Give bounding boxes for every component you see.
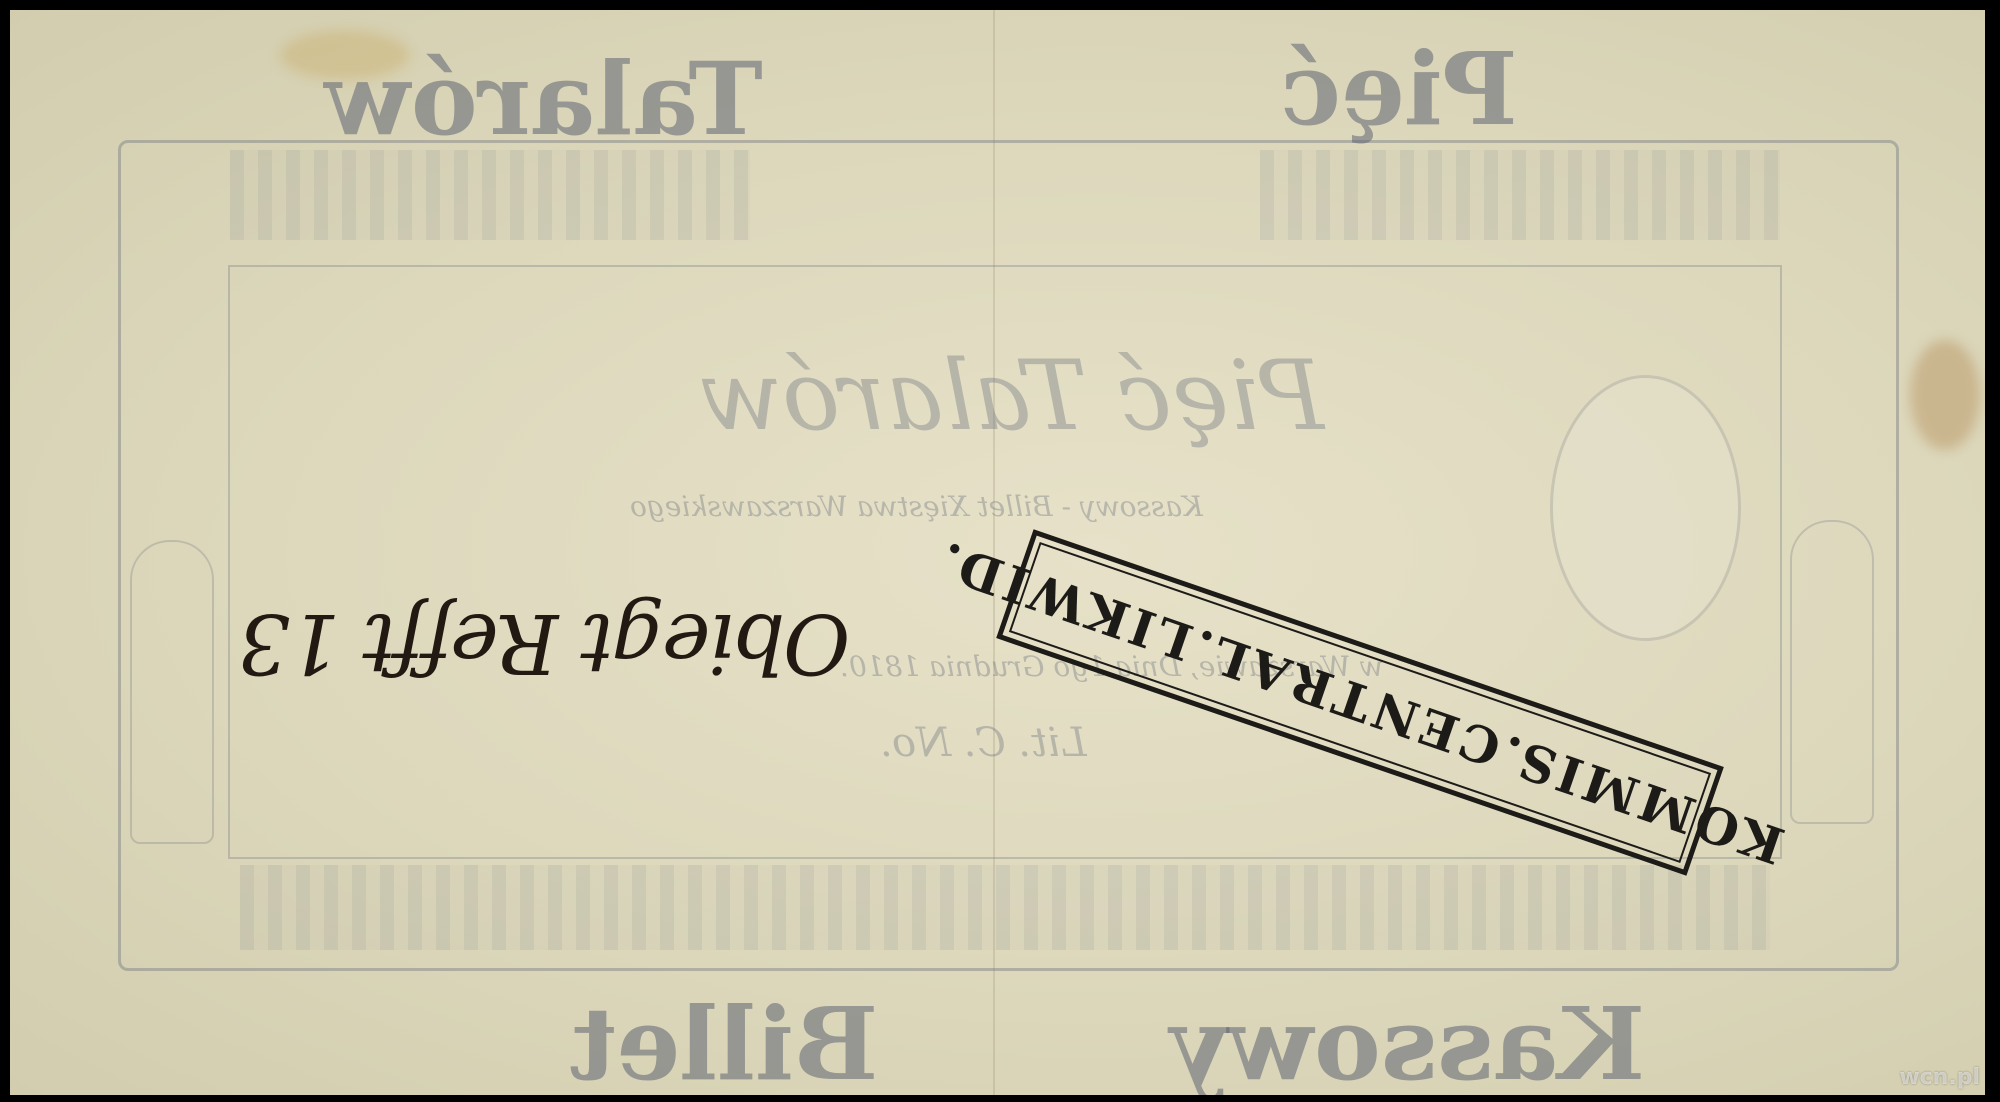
embossed-seal [1550,375,1741,641]
banknote: Pięć Talarów Kassowy Billet Pięć Talarów… [10,10,1985,1095]
show-through-top-2: Talarów [325,40,763,158]
show-through-denomination: Pięć Talarów [700,340,1324,452]
top-ornament-band [1260,150,1780,240]
left-figure [130,540,214,844]
show-through-bottom-2: Billet [570,985,878,1095]
show-through-series: Lit. C. No. [880,720,1087,766]
show-through-issuer: Kassowy - Billet Xięstwa Warszawskiego [630,490,1203,523]
stain [1910,340,1980,450]
watermark: wcn.pl [1899,1065,1980,1090]
show-through-bottom-1: Kassowy [1170,985,1645,1095]
right-figure [1790,520,1874,824]
show-through-top-1: Pięć [1280,30,1518,148]
bottom-ornament-band [240,865,1770,950]
top-ornament-band [230,150,750,240]
ink-signature: Obiegt Refft 13 [240,595,850,690]
